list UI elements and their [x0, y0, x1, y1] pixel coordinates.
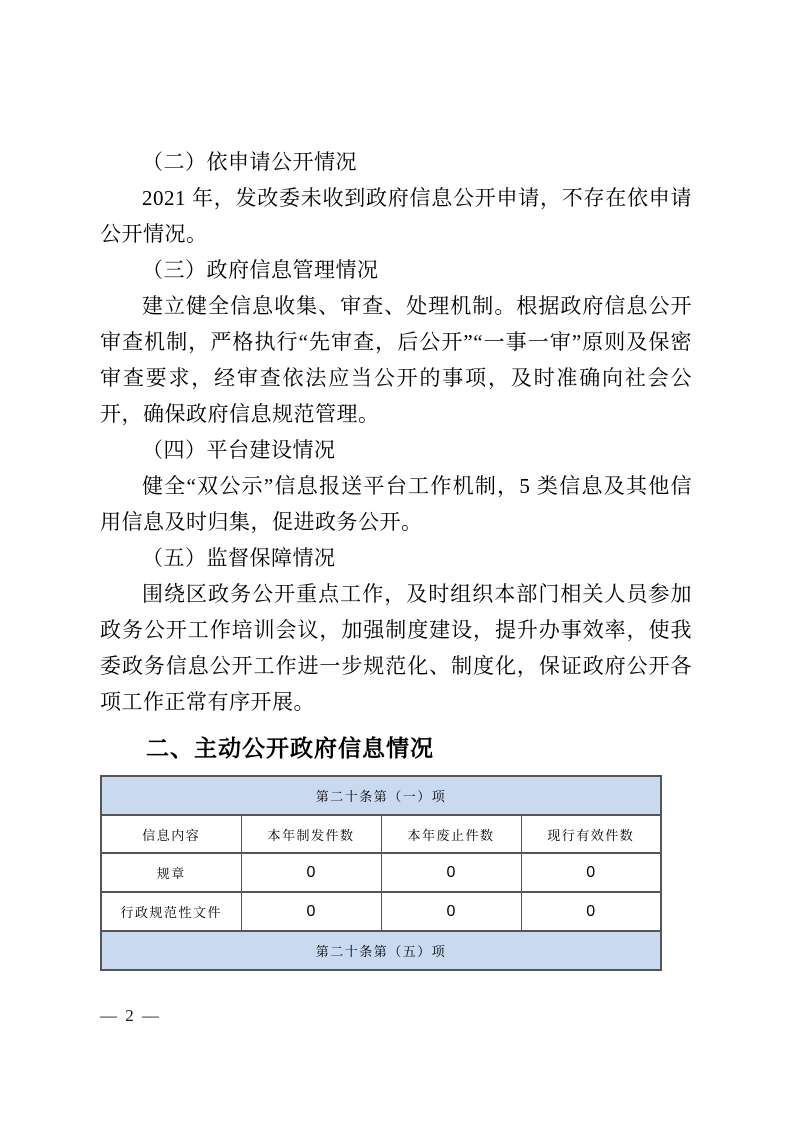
column-header-issued-this-year: 本年制发件数 — [241, 815, 381, 853]
cell-value: 0 — [241, 892, 381, 931]
cell-value: 0 — [381, 892, 521, 931]
table-banner-article20-item5: 第二十条第（五）项 — [101, 931, 661, 970]
paragraph-by-request: 2021 年，发改委未收到政府信息公开申请，不存在依申请公开情况。 — [100, 180, 692, 252]
document-content: （二）依申请公开情况 2021 年，发改委未收到政府信息公开申请，不存在依申请公… — [100, 144, 692, 971]
row-label-regulations: 规章 — [101, 853, 241, 892]
cell-value: 0 — [521, 853, 661, 892]
disclosure-statistics-table: 第二十条第（一）项 信息内容 本年制发件数 本年废止件数 现行有效件数 规章 0… — [100, 775, 662, 971]
page-number: — 2 — — [100, 1006, 161, 1026]
column-header-repealed-this-year: 本年废止件数 — [381, 815, 521, 853]
subsection-heading-by-request: （二）依申请公开情况 — [100, 144, 692, 180]
subsection-heading-supervision: （五）监督保障情况 — [100, 540, 692, 576]
row-label-normative-documents: 行政规范性文件 — [101, 892, 241, 931]
table-banner-row-bottom: 第二十条第（五）项 — [101, 931, 661, 970]
table-banner-row-top: 第二十条第（一）项 — [101, 776, 661, 815]
table-header-row: 信息内容 本年制发件数 本年废止件数 现行有效件数 — [101, 815, 661, 853]
paragraph-supervision: 围绕区政务公开重点工作，及时组织本部门相关人员参加政务公开工作培训会议，加强制度… — [100, 576, 692, 720]
section-heading-proactive-disclosure: 二、主动公开政府信息情况 — [100, 730, 692, 766]
paragraph-platform: 健全“双公示”信息报送平台工作机制，5 类信息及其他信用信息及时归集，促进政务公… — [100, 468, 692, 540]
cell-value: 0 — [241, 853, 381, 892]
table-banner-article20-item1: 第二十条第（一）项 — [101, 776, 661, 815]
paragraph-info-management: 建立健全信息收集、审查、处理机制。根据政府信息公开审查机制，严格执行“先审查，后… — [100, 288, 692, 432]
table-row-normative-documents: 行政规范性文件 0 0 0 — [101, 892, 661, 931]
cell-value: 0 — [381, 853, 521, 892]
subsection-heading-platform: （四）平台建设情况 — [100, 432, 692, 468]
subsection-heading-info-management: （三）政府信息管理情况 — [100, 252, 692, 288]
column-header-currently-effective: 现行有效件数 — [521, 815, 661, 853]
cell-value: 0 — [521, 892, 661, 931]
document-page: （二）依申请公开情况 2021 年，发改委未收到政府信息公开申请，不存在依申请公… — [0, 0, 793, 1122]
table-row-regulations: 规章 0 0 0 — [101, 853, 661, 892]
column-header-info-content: 信息内容 — [101, 815, 241, 853]
